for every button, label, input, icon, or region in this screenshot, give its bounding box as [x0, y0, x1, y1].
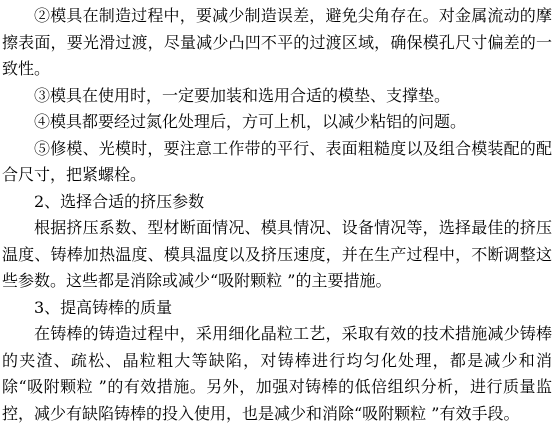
paragraph-billet-quality: 在铸棒的铸造过程中，采用细化晶粒工艺，采取有效的技术措施减少铸棒的夹渣、疏松、晶… — [2, 321, 552, 427]
paragraph-die-usage: ③模具在使用时，一定要加装和选用合适的模垫、支撑垫。 — [2, 83, 552, 110]
section-heading-extrusion-parameters: 2、选择合适的挤压参数 — [2, 189, 552, 216]
paragraph-die-nitriding: ④模具都要经过氮化处理后，方可上机，以减少粘铝的问题。 — [2, 109, 552, 136]
paragraph-die-polishing: ⑤修模、光模时，要注意工作带的平行、表面粗糙度以及组合模装配的配合尺寸，把紧螺栓… — [2, 136, 552, 189]
paragraph-extrusion-parameters: 根据挤压系数、型材断面情况、模具情况、设备情况等，选择最佳的挤压温度、铸棒加热温… — [2, 215, 552, 295]
paragraph-die-manufacturing: ②模具在制造过程中，要减少制造误差，避免尖角存在。对金属流动的摩擦表面，要光滑过… — [2, 3, 552, 83]
document-page: ②模具在制造过程中，要减少制造误差，避免尖角存在。对金属流动的摩擦表面，要光滑过… — [0, 0, 554, 427]
section-heading-billet-quality: 3、提高铸棒的质量 — [2, 295, 552, 322]
